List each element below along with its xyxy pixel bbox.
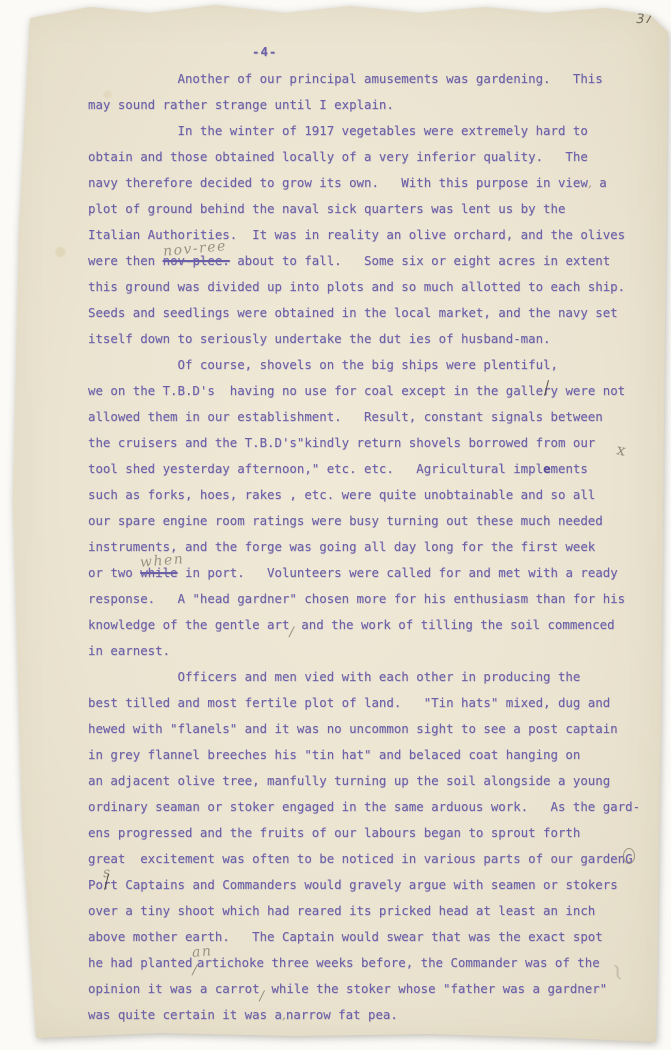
text-line: ens progressed and the fruits of our lab… (88, 820, 640, 846)
typed-text: itself down to seriously undertake the d… (88, 331, 551, 346)
text-line: Posrt Captains and Commanders would grav… (88, 872, 640, 898)
text-line: such as forks, hoes, rakes , etc. were q… (88, 482, 640, 508)
typed-text: in earnest. (88, 643, 170, 658)
typed-text: Seeds and seedlings were obtained in the… (88, 305, 618, 320)
typed-text: a (592, 175, 607, 190)
typed-text: this ground was divided up into plots an… (88, 279, 625, 294)
pencil-annotation: / (260, 989, 264, 1004)
slashed-letter: r (543, 378, 550, 404)
text-line: great excitement was often to be noticed… (88, 846, 640, 872)
typed-text: great excitement was often to be noticed… (88, 851, 625, 866)
typed-text: allowed them in our establishment. Resul… (88, 409, 603, 424)
text-line: above mother earth. The Captain would sw… (88, 924, 640, 950)
text-line: opinion it was a carrot/ while the stoke… (88, 976, 640, 1002)
typed-text: narrow fat pea. (286, 1007, 398, 1022)
typed-text: the cruisers and the T.B.D's"kindly retu… (88, 435, 595, 450)
pencil-annotation: / (192, 963, 196, 978)
text-line: tool shed yesterday afternoon," etc. etc… (88, 456, 640, 482)
text-line: he had plantedan/artichoke three weeks b… (88, 950, 640, 976)
typed-text: we on the T.B.D's having no use for coal… (88, 383, 543, 398)
typed-text: ordinary seaman or stoker engaged in the… (88, 799, 640, 814)
slashed-letter: r (103, 872, 110, 898)
text-line: knowledge of the gentle art/ and the wor… (88, 612, 640, 638)
typed-text: navy therefore decided to grow its own. … (88, 175, 588, 190)
text-line: response. A "head gardner" chosen more f… (88, 586, 640, 612)
page-folio-number: 37 (635, 12, 654, 27)
text-line: In the winter of 1917 vegetables were ex… (88, 118, 640, 144)
typed-text: Of course, shovels on the big ships were… (88, 357, 558, 372)
typed-text: and the work of tilling the soil commenc… (294, 617, 615, 632)
typed-text: ens progressed and the fruits of our lab… (88, 825, 580, 840)
typed-text: an adjacent olive tree, manfully turning… (88, 773, 610, 788)
typed-text: opinion it was a carrot (88, 981, 260, 996)
text-line: or two whenwhile in port. Volunteers wer… (88, 560, 640, 586)
typed-text: about to fall. Some six or eight acres i… (230, 253, 610, 268)
typed-text: while the stoker whose "father was a gar… (264, 981, 607, 996)
typed-text: he had planted (88, 955, 192, 970)
typed-text: best tilled and most fertile plot of lan… (88, 695, 610, 710)
text-line: best tilled and most fertile plot of lan… (88, 690, 640, 716)
corrected-word: sr (103, 872, 110, 898)
text-line: in grey flannel breeches his "tin hat" a… (88, 742, 640, 768)
text-line: Officers and men vied with each other in… (88, 664, 640, 690)
text-line: may sound rather strange until I explain… (88, 92, 640, 118)
overtyped-letter: e (543, 461, 550, 476)
typed-text: t Captains and Commanders would gravely … (110, 877, 617, 892)
pencil-correction: when (139, 546, 185, 576)
pencil-correction: an (191, 938, 214, 966)
text-line: this ground was divided up into plots an… (88, 274, 640, 300)
text-line: Seeds and seedlings were obtained in the… (88, 300, 640, 326)
circled-letter: G (625, 846, 632, 872)
text-line: we on the T.B.D's having no use for coal… (88, 378, 640, 404)
pencil-correction: nov-ree (162, 233, 228, 264)
text-line: itself down to seriously undertake the d… (88, 326, 640, 352)
typed-text: may sound rather strange until I explain… (88, 97, 394, 112)
corrected-word: an/ (192, 950, 196, 977)
typed-text: were then (88, 253, 163, 268)
scanned-typescript-page: { "document": { "corner_number": "37", "… (0, 0, 671, 1050)
text-line: plot of ground behind the naval sick qua… (88, 196, 640, 222)
typed-text: in port. Volunteers were called for and … (178, 565, 618, 580)
typed-text: our spare engine room ratings were busy … (88, 513, 603, 528)
typed-text: knowledge of the gentle art (88, 617, 289, 632)
text-line: Of course, shovels on the big ships were… (88, 352, 640, 378)
typed-text: tool shed yesterday afternoon," etc. etc… (88, 461, 543, 476)
paper-sheet-shadow: 37 -4- Another of our principal amusemen… (0, 0, 671, 1050)
corrected-word: whenwhile (140, 560, 177, 586)
typed-text: Po (88, 877, 103, 892)
text-line: the cruisers and the T.B.D's"kindly retu… (88, 430, 640, 456)
typed-text: or two (88, 565, 140, 580)
text-line: Another of our principal amusements was … (88, 66, 640, 92)
typed-text: hewed with "flanels" and it was no uncom… (88, 721, 618, 736)
typed-text: In the winter of 1917 vegetables were ex… (88, 123, 588, 138)
typed-text: such as forks, hoes, rakes , etc. were q… (88, 487, 595, 502)
typed-text: above mother earth. The Captain would sw… (88, 929, 603, 944)
typed-text: Officers and men vied with each other in… (88, 669, 580, 684)
text-line: navy therefore decided to grow its own. … (88, 170, 640, 196)
text-line: an adjacent olive tree, manfully turning… (88, 768, 640, 794)
text-line: hewed with "flanels" and it was no uncom… (88, 716, 640, 742)
typed-text: in grey flannel breeches his "tin hat" a… (88, 747, 580, 762)
document-page: 37 -4- Another of our principal amusemen… (0, 0, 671, 1050)
typed-text: Another of our principal amusements was … (88, 71, 603, 86)
text-line: in earnest. (88, 638, 640, 664)
typed-text: response. A "head gardner" chosen more f… (88, 591, 625, 606)
page-number-label: -4- (252, 44, 277, 59)
pencil-annotation: / (289, 625, 293, 640)
typed-text: over a tiny shoot which had reared its p… (88, 903, 595, 918)
text-line: our spare engine room ratings were busy … (88, 508, 640, 534)
typescript-body: Another of our principal amusements was … (88, 66, 640, 1028)
typed-text: ments (551, 461, 588, 476)
text-line: allowed them in our establishment. Resul… (88, 404, 640, 430)
typed-text: was quite certain it was a (88, 1007, 282, 1022)
typed-text: plot of ground behind the naval sick qua… (88, 201, 565, 216)
text-line: ordinary seaman or stoker engaged in the… (88, 794, 640, 820)
typed-text: y were not (551, 383, 626, 398)
typed-text: artichoke three weeks before, the Comman… (197, 955, 600, 970)
text-line: obtain and those obtained locally of a v… (88, 144, 640, 170)
typed-text: obtain and those obtained locally of a v… (88, 149, 588, 164)
text-line: was quite certain it was a,narrow fat pe… (88, 1002, 640, 1028)
corrected-word: nov-reenov-plee. (163, 248, 230, 274)
text-line: over a tiny shoot which had reared its p… (88, 898, 640, 924)
text-line: were then nov-reenov-plee. about to fall… (88, 248, 640, 274)
